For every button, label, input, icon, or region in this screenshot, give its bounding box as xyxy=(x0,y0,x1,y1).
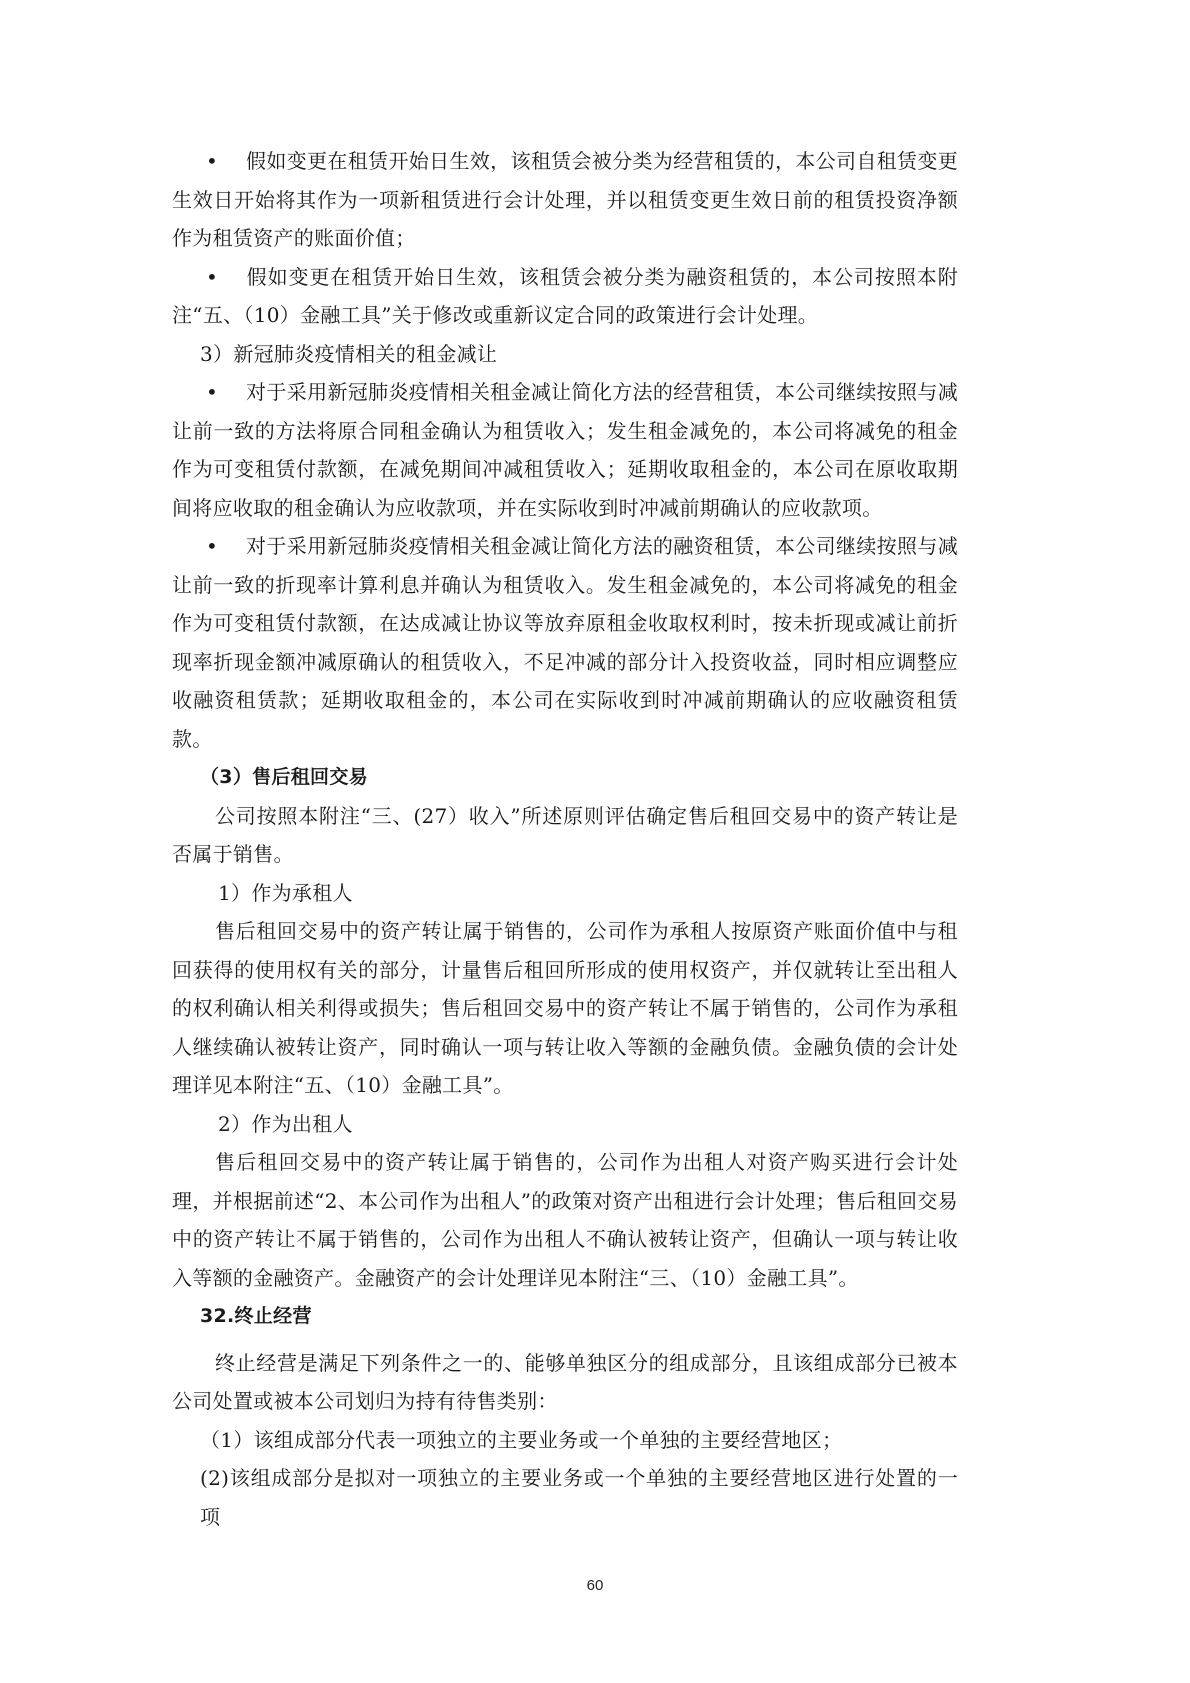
section-heading: 32.终止经营 xyxy=(172,1297,958,1336)
list-item: （1）该组成部分代表一项独立的主要业务或一个单独的主要经营地区； xyxy=(172,1421,958,1460)
paragraph-text: 假如变更在租赁开始日生效，该租赁会被分类为经营租赁的，本公司自租赁变更生效日开始… xyxy=(172,149,958,250)
body-paragraph: 售后租回交易中的资产转让属于销售的，公司作为承租人按原资产账面价值中与租回获得的… xyxy=(172,912,958,1105)
subsection-title: 3）新冠肺炎疫情相关的租金减让 xyxy=(172,335,958,374)
bullet-paragraph: •假如变更在租赁开始日生效，该租赁会被分类为经营租赁的，本公司自租赁变更生效日开… xyxy=(172,142,958,258)
paragraph-text: 对于采用新冠肺炎疫情相关租金减让简化方法的经营租赁，本公司继续按照与减让前一致的… xyxy=(172,380,958,520)
bullet-icon: • xyxy=(172,258,246,297)
list-item: (2)该组成部分是拟对一项独立的主要业务或一个单独的主要经营地区进行处置的一项 xyxy=(172,1459,958,1536)
page-number: 60 xyxy=(0,1577,1190,1594)
body-paragraph: 售后租回交易中的资产转让属于销售的，公司作为出租人对资产购买进行会计处理，并根据… xyxy=(172,1143,958,1297)
section-heading: （3）售后租回交易 xyxy=(172,758,958,797)
bullet-icon: • xyxy=(172,373,246,412)
paragraph-text: 假如变更在租赁开始日生效，该租赁会被分类为融资租赁的，本公司按照本附注“五、（1… xyxy=(172,265,958,328)
subsection-title: 1）作为承租人 xyxy=(172,874,958,913)
document-page: •假如变更在租赁开始日生效，该租赁会被分类为经营租赁的，本公司自租赁变更生效日开… xyxy=(172,142,958,1536)
bullet-paragraph: •假如变更在租赁开始日生效，该租赁会被分类为融资租赁的，本公司按照本附注“五、（… xyxy=(172,258,958,335)
subsection-title: 2）作为出租人 xyxy=(172,1105,958,1144)
bullet-paragraph: •对于采用新冠肺炎疫情相关租金减让简化方法的经营租赁，本公司继续按照与减让前一致… xyxy=(172,373,958,527)
body-paragraph: 终止经营是满足下列条件之一的、能够单独区分的组成部分，且该组成部分已被本公司处置… xyxy=(172,1344,958,1421)
paragraph-text: 对于采用新冠肺炎疫情相关租金减让简化方法的融资租赁，本公司继续按照与减让前一致的… xyxy=(172,534,958,751)
body-paragraph: 公司按照本附注“三、(27）收入”所述原则评估确定售后租回交易中的资产转让是否属… xyxy=(172,797,958,874)
bullet-icon: • xyxy=(172,142,246,181)
bullet-paragraph: •对于采用新冠肺炎疫情相关租金减让简化方法的融资租赁，本公司继续按照与减让前一致… xyxy=(172,527,958,758)
bullet-icon: • xyxy=(172,527,246,566)
